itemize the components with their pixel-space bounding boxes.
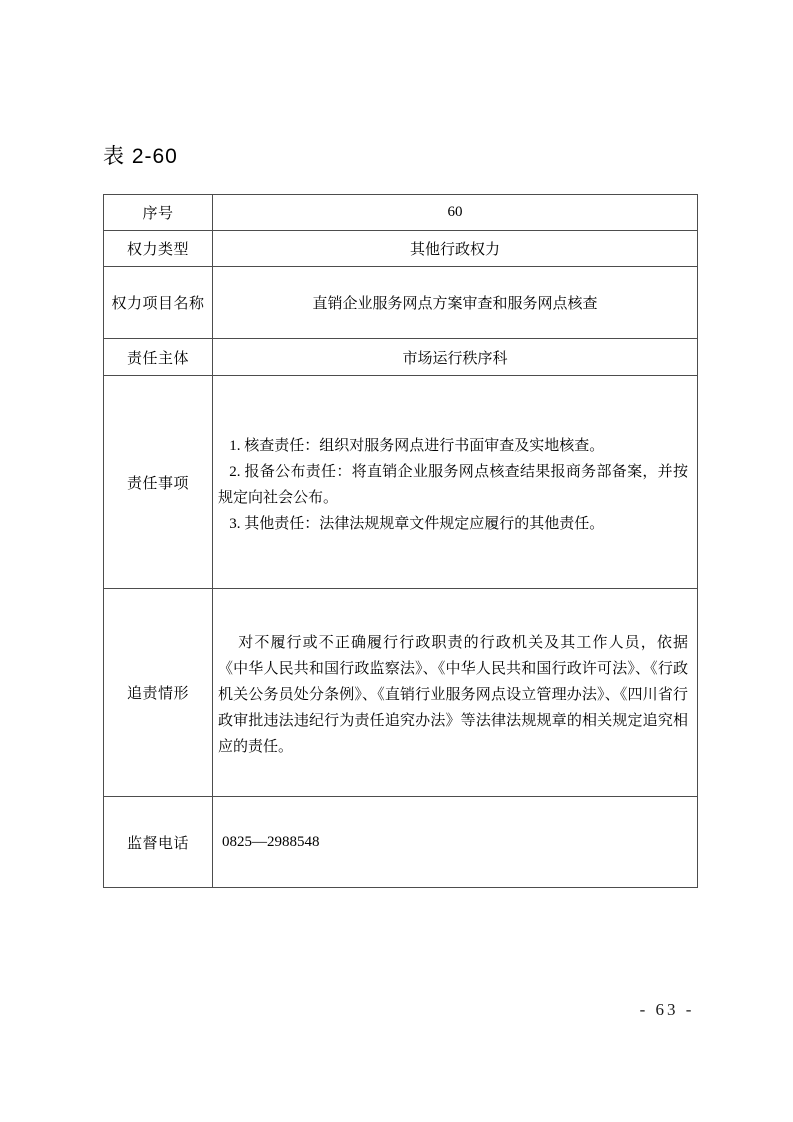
row-label: 责任主体: [104, 339, 213, 376]
table-row-accountability-situations: 追责情形 对不履行或不正确履行行政职责的行政机关及其工作人员，依据《中华人民共和…: [104, 589, 698, 797]
duty-item-2: 2. 报备公布责任：将直销企业服务网点核查结果报商务部备案，并按规定向社会公布。: [218, 459, 688, 511]
table-row-serial-number: 序号 60: [104, 195, 698, 231]
row-value: 1. 核查责任：组织对服务网点进行书面审查及实地核查。 2. 报备公布责任：将直…: [213, 376, 698, 589]
power-item-table: 序号 60 权力类型 其他行政权力 权力项目名称 直销企业服务网点方案审查和服务…: [103, 194, 698, 888]
duty-item-3: 3. 其他责任：法律法规规章文件规定应履行的其他责任。: [218, 511, 688, 537]
row-label: 序号: [104, 195, 213, 231]
table-row-responsible-body: 责任主体 市场运行秩序科: [104, 339, 698, 376]
document-page: 表 2-60 序号 60 权力类型 其他行政权力 权力项目名称 直销企业服务网点…: [0, 0, 793, 1122]
row-label: 追责情形: [104, 589, 213, 797]
table-caption: 表 2-60: [103, 140, 178, 170]
accountability-paragraph: 对不履行或不正确履行行政职责的行政机关及其工作人员，依据《中华人民共和国行政监察…: [218, 630, 688, 760]
row-value: 市场运行秩序科: [213, 339, 698, 376]
row-label: 监督电话: [104, 797, 213, 888]
row-label: 责任事项: [104, 376, 213, 589]
table-row-power-type: 权力类型 其他行政权力: [104, 231, 698, 267]
table-row-power-item-name: 权力项目名称 直销企业服务网点方案审查和服务网点核查: [104, 267, 698, 339]
row-value: 60: [213, 195, 698, 231]
row-label: 权力类型: [104, 231, 213, 267]
duty-item-1: 1. 核查责任：组织对服务网点进行书面审查及实地核查。: [218, 433, 688, 459]
row-value: 直销企业服务网点方案审查和服务网点核查: [213, 267, 698, 339]
row-label: 权力项目名称: [104, 267, 213, 339]
page-number: - 63 -: [612, 1000, 722, 1020]
row-value: 对不履行或不正确履行行政职责的行政机关及其工作人员，依据《中华人民共和国行政监察…: [213, 589, 698, 797]
row-value: 其他行政权力: [213, 231, 698, 267]
table-row-supervision-phone: 监督电话 0825—2988548: [104, 797, 698, 888]
row-value-phone: 0825—2988548: [213, 797, 698, 888]
table-row-responsibility-items: 责任事项 1. 核查责任：组织对服务网点进行书面审查及实地核查。 2. 报备公布…: [104, 376, 698, 589]
